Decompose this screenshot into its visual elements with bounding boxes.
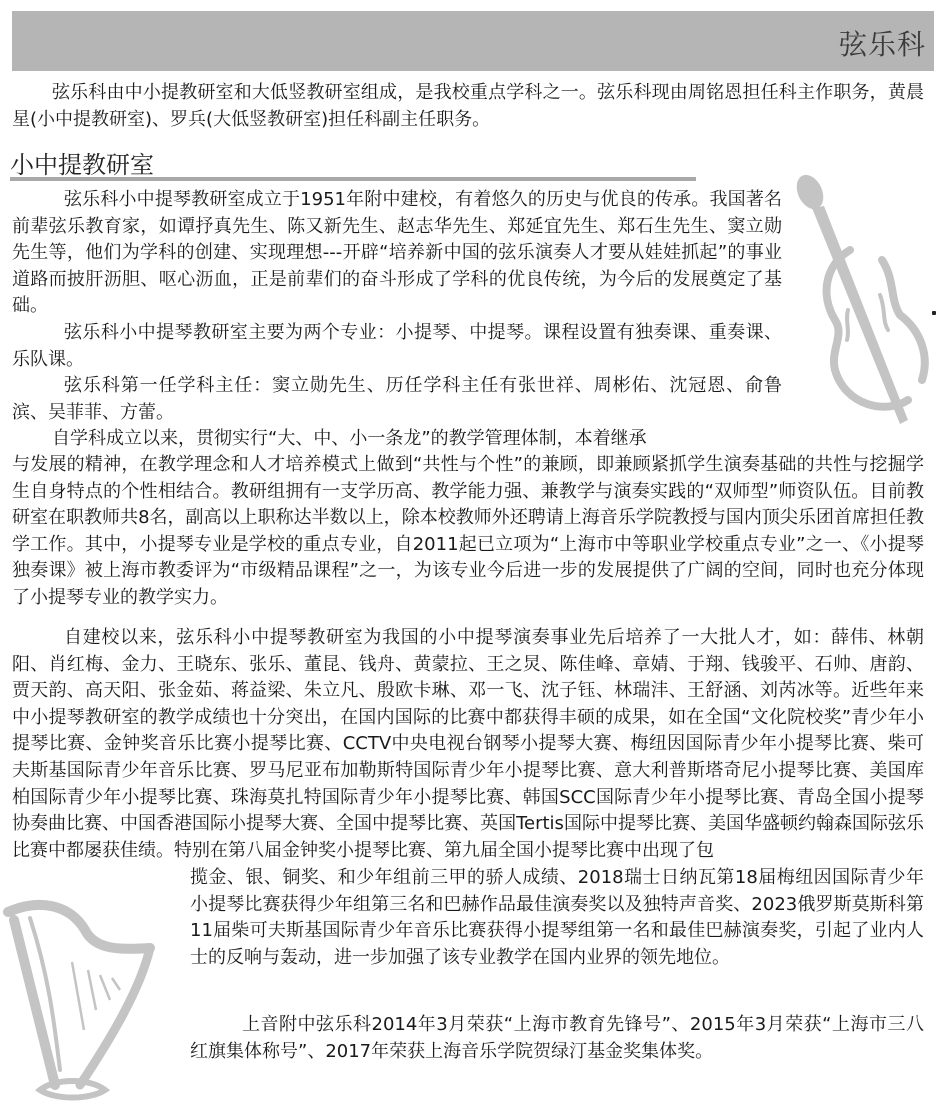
paragraph-alumni-awards: 自建校以来，弦乐科小中提琴教研室为我国的小中提琴演奏事业先后培养了一大批人才，如… [12, 625, 924, 864]
paragraph-directors: 弦乐科第一任学科主任：窦立勋先生、历任学科主任有张世祥、周彬佑、沈冠恩、俞鲁滨、… [12, 373, 782, 426]
section-divider [10, 177, 696, 181]
paragraph-majors: 弦乐科小中提琴教研室主要为两个专业：小提琴、中提琴。课程设置有独奏课、重奏课、乐… [12, 320, 782, 373]
header-bar: 弦乐科 [12, 11, 934, 71]
harp-icon [0, 890, 175, 1105]
paragraph-management-lead: 自学科成立以来，贯彻实行“大、中、小一条龙”的教学管理体制，本着继承 [12, 426, 782, 453]
cello-icon [790, 170, 940, 440]
page-title: 弦乐科 [839, 23, 926, 63]
paragraph-achievements: 揽金、银、铜奖、和少年组前三甲的骄人成绩、2018瑞士日纳瓦第18届梅纽因国际青… [190, 865, 924, 971]
paragraph-management: 与发展的精神，在教学理念和人才培养模式上做到“共性与个性”的兼顾，即兼顾紧抓学生… [12, 452, 924, 612]
decorative-dot [932, 311, 936, 315]
section-title: 小中提教研室 [10, 145, 154, 180]
intro-paragraph: 弦乐科由中小提教研室和大低竖教研室组成，是我校重点学科之一。弦乐科现由周铭恩担任… [12, 80, 924, 133]
paragraph-history: 弦乐科小中提琴教研室成立于1951年附中建校，有着悠久的历史与优良的传承。我国著… [12, 187, 782, 320]
paragraph-honors: 上音附中弦乐科2014年3月荣获“上海市教育先锋号”、2015年3月荣获“上海市… [190, 1012, 924, 1065]
